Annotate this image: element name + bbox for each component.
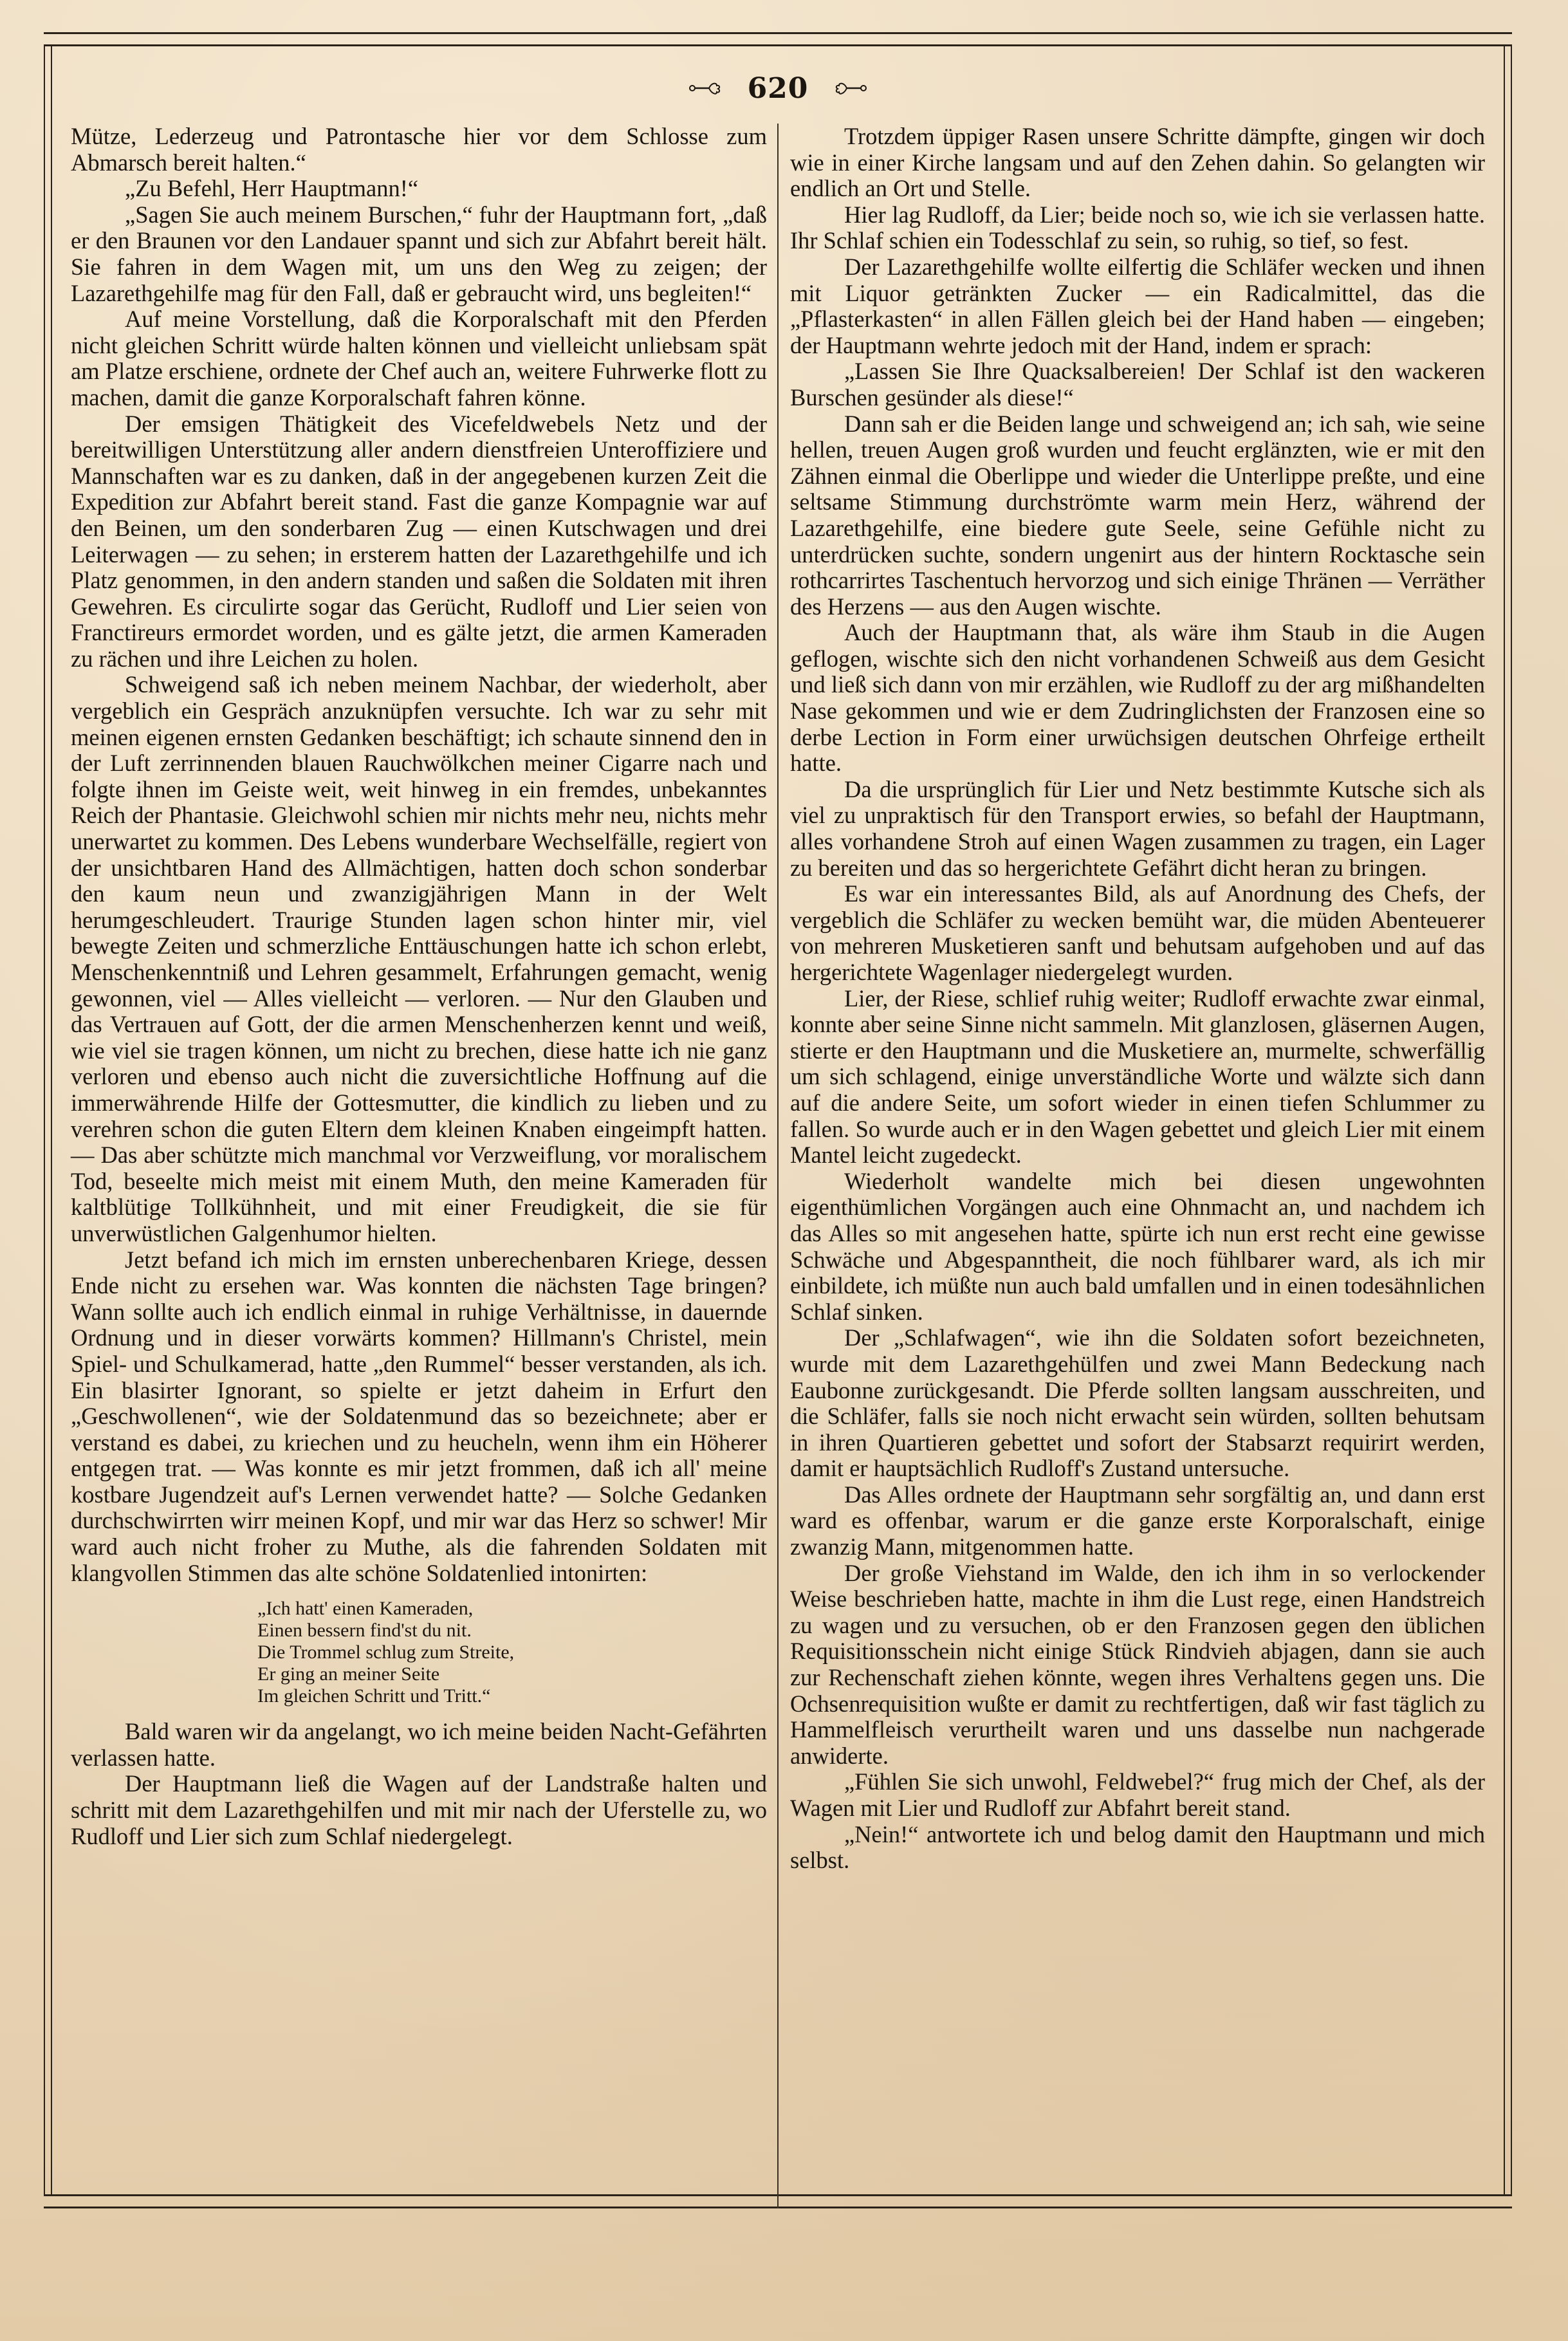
poem-line: Im gleichen Schritt und Tritt.“: [257, 1685, 767, 1707]
paragraph: Da die ursprünglich für Lier und Netz be…: [790, 777, 1485, 881]
paragraph: „Zu Befehl, Herr Hauptmann!“: [71, 176, 767, 202]
paragraph: Das Alles ordnete der Hauptmann sehr sor…: [790, 1482, 1485, 1560]
right-fleuron-icon: [834, 80, 867, 97]
left-column: Mütze, Lederzeug und Patrontasche hier v…: [71, 124, 777, 2157]
page-header: 620: [44, 72, 1512, 104]
paragraph: „Sagen Sie auch meinem Burschen,“ fuhr d…: [71, 202, 767, 306]
paragraph: „Lassen Sie Ihre Quacksalbereien! Der Sc…: [790, 358, 1485, 411]
paragraph: Lier, der Riese, schlief ruhig weiter; R…: [790, 986, 1485, 1169]
paragraph: Wiederholt wandelte mich bei diesen unge…: [790, 1169, 1485, 1326]
paragraph: Der emsigen Thätigkeit des Vicefeldwebel…: [71, 411, 767, 672]
paragraph: „Nein!“ antwortete ich und belog damit d…: [790, 1822, 1485, 1874]
paragraph: Der Lazarethgehilfe wollte eilfertig die…: [790, 254, 1485, 358]
paragraph: „Fühlen Sie sich unwohl, Feldwebel?“ fru…: [790, 1769, 1485, 1821]
poem-line: Die Trommel schlug zum Streite,: [257, 1642, 767, 1663]
paragraph: Der „Schlafwagen“, wie ihn die Soldaten …: [790, 1325, 1485, 1482]
paragraph: Der große Viehstand im Walde, den ich ih…: [790, 1560, 1485, 1770]
song-quote: „Ich hatt' einen Kameraden, Einen besser…: [257, 1598, 767, 1707]
poem-line: Einen bessern find'st du nit.: [257, 1620, 767, 1642]
poem-line: „Ich hatt' einen Kameraden,: [257, 1598, 767, 1620]
text-columns: Mütze, Lederzeug und Patrontasche hier v…: [71, 124, 1485, 2157]
paragraph: Bald waren wir da angelangt, wo ich mein…: [71, 1719, 767, 1771]
paragraph: Auf meine Vorstellung, daß die Korporals…: [71, 306, 767, 411]
poem-line: Er ging an meiner Seite: [257, 1663, 767, 1685]
paragraph: Mütze, Lederzeug und Patrontasche hier v…: [71, 124, 767, 176]
paragraph: Dann sah er die Beiden lange und schweig…: [790, 411, 1485, 620]
page-frame: 620 Mütze, Lederzeug und Patrontasche hi…: [44, 32, 1512, 2208]
left-border: [44, 44, 52, 2196]
paragraph: Es war ein interessantes Bild, als auf A…: [790, 881, 1485, 985]
page-number: 620: [748, 72, 809, 105]
paragraph: Jetzt befand ich mich im ernsten unberec…: [71, 1247, 767, 1587]
right-border: [1504, 44, 1512, 2196]
paragraph: Hier lag Rudloff, da Lier; beide noch so…: [790, 202, 1485, 254]
left-fleuron-icon: [688, 80, 722, 97]
paragraph: Trotzdem üppiger Rasen unsere Schritte d…: [790, 124, 1485, 202]
paragraph: Schweigend saß ich neben meinem Nachbar,…: [71, 672, 767, 1246]
paragraph: Der Hauptmann ließ die Wagen auf der Lan…: [71, 1771, 767, 1849]
paragraph: Auch der Hauptmann that, als wäre ihm St…: [790, 620, 1485, 777]
right-column: Trotzdem üppiger Rasen unsere Schritte d…: [779, 124, 1485, 2157]
top-double-rule: [44, 32, 1512, 46]
